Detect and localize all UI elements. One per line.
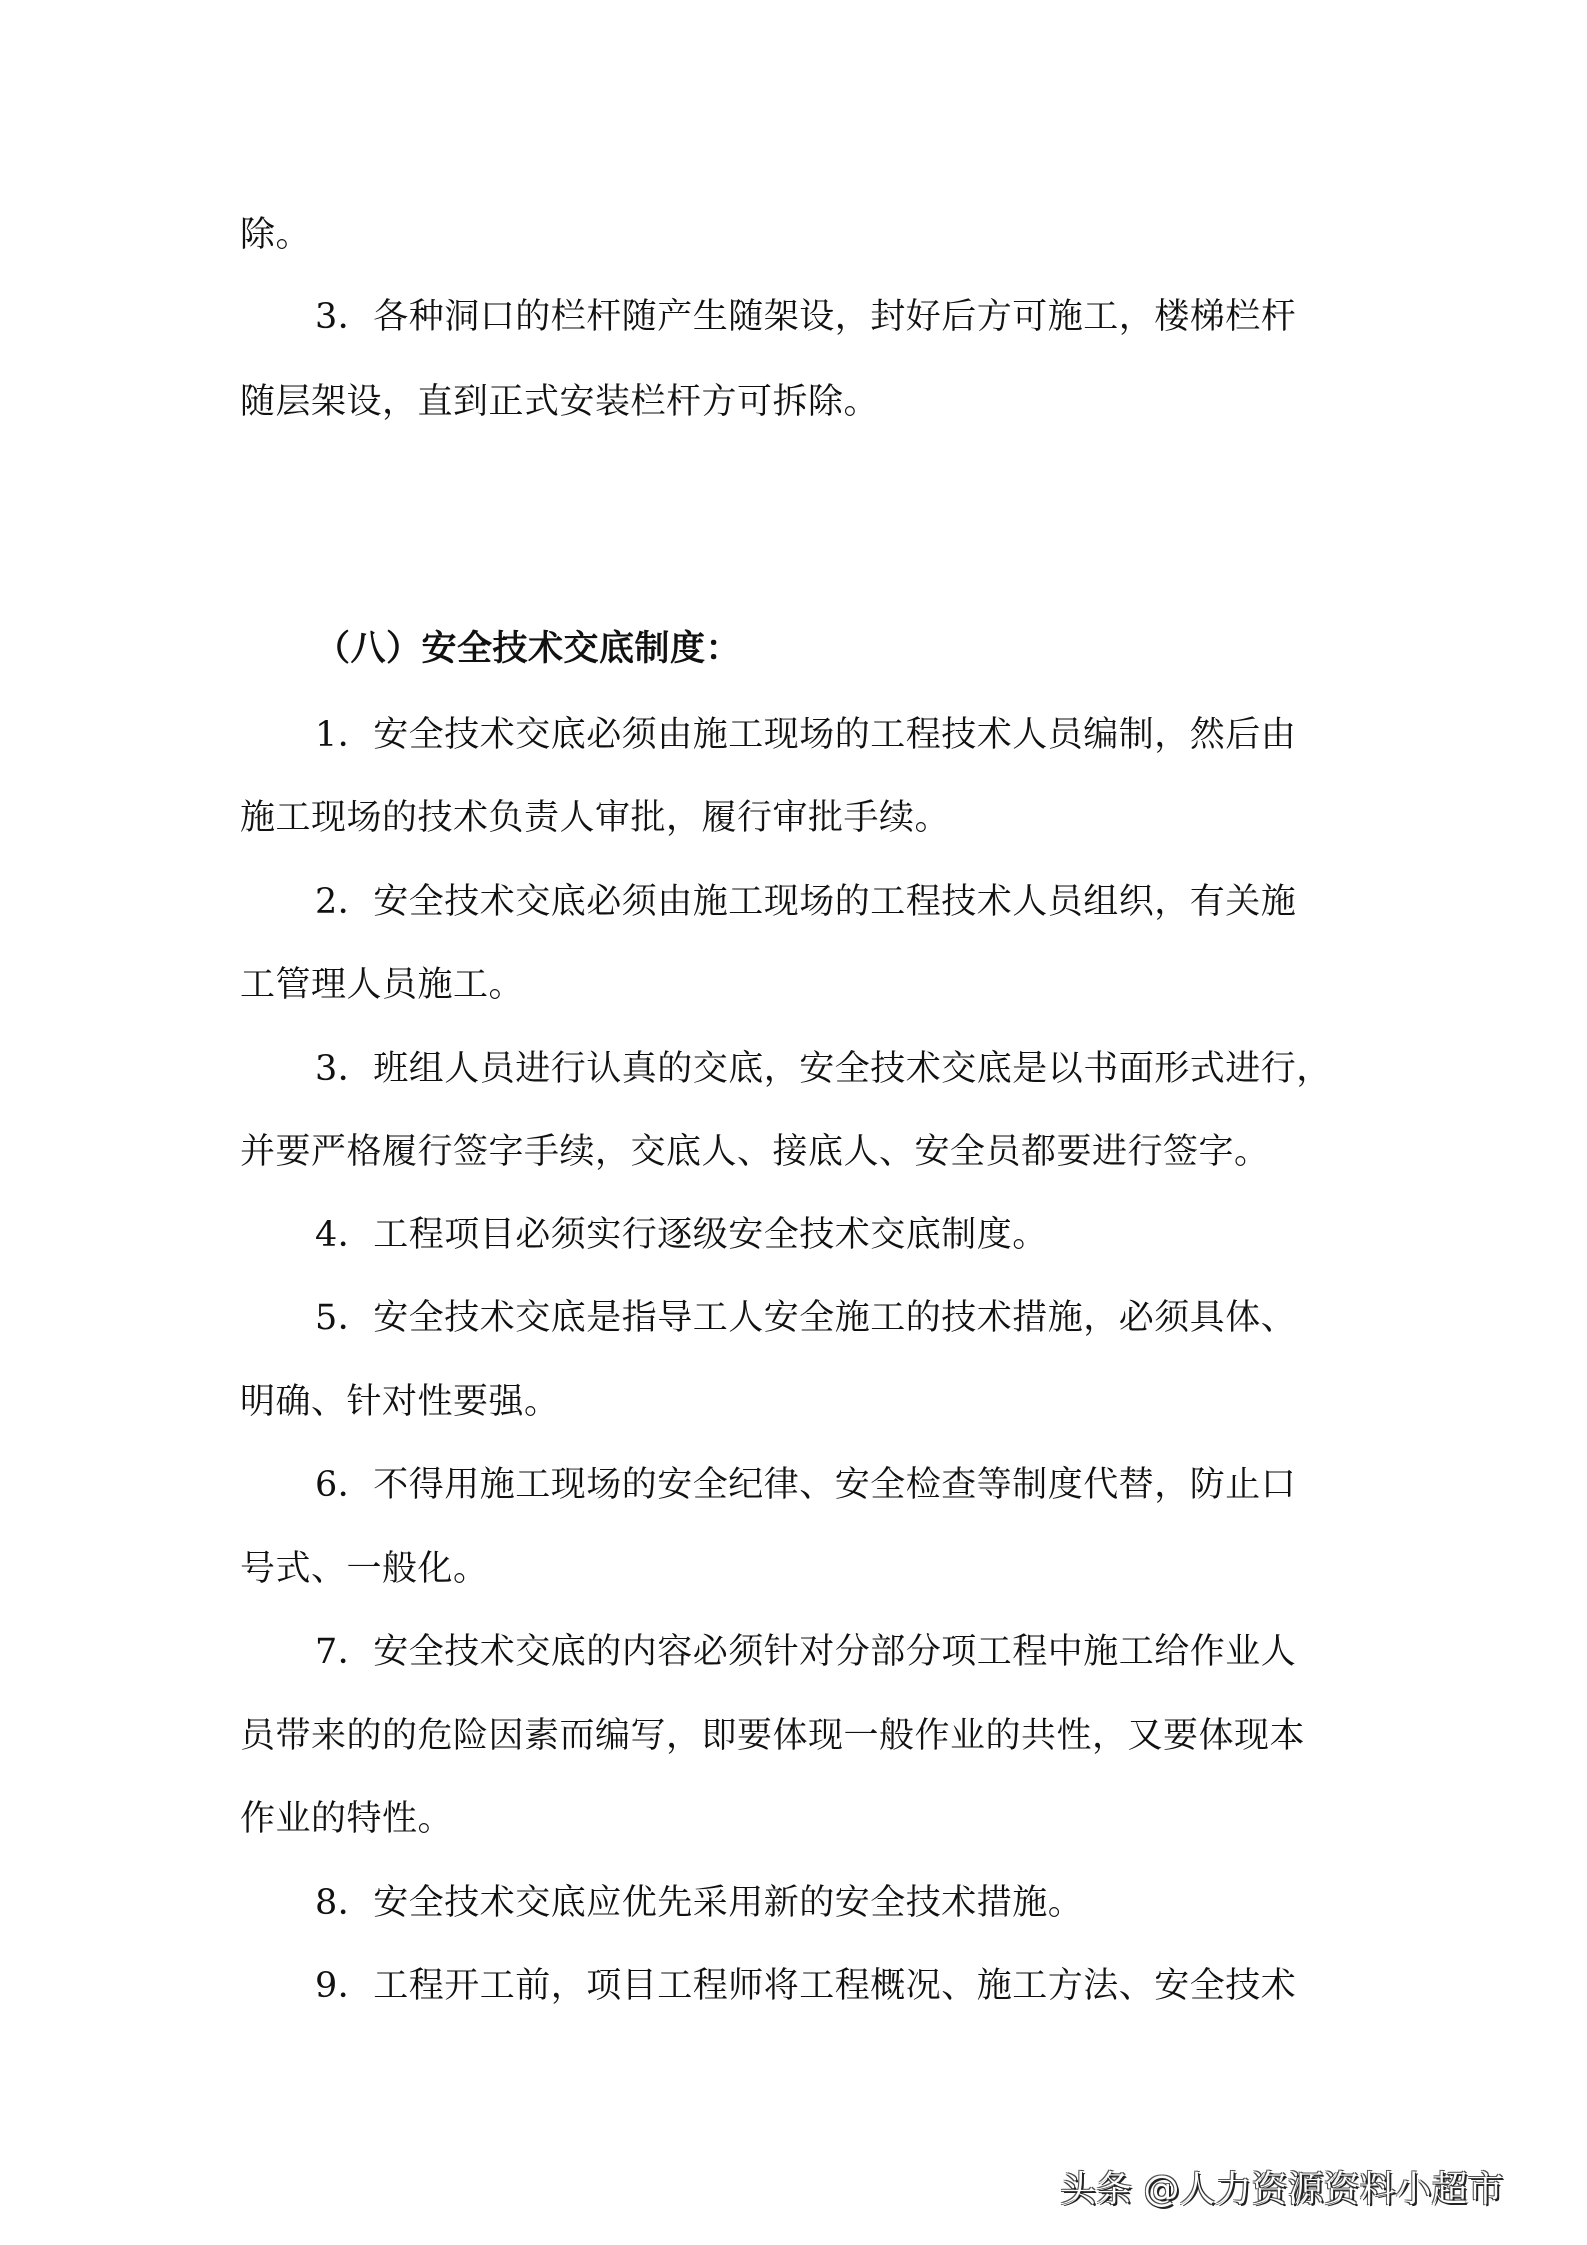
section-item-1-line-1: 1．安全技术交底必须由施工现场的工程技术人员编制，然后由 bbox=[315, 710, 1348, 760]
section-item-7-line-2: 员带来的的危险因素而编写，即要体现一般作业的共性，又要体现本 bbox=[240, 1711, 1348, 1761]
list-item-3-line-2: 随层架设，直到正式安装栏杆方可拆除。 bbox=[240, 377, 1348, 427]
section-item-2-line-2: 工管理人员施工。 bbox=[240, 960, 1348, 1010]
section-item-5-line-2: 明确、针对性要强。 bbox=[240, 1377, 1348, 1427]
watermark: 头条 @人力资源资料小超市 bbox=[1060, 2166, 1503, 2214]
list-item-3-line-1: 3．各种洞口的栏杆随产生随架设，封好后方可施工，楼梯栏杆 bbox=[315, 292, 1348, 342]
document-page: 除。 3．各种洞口的栏杆随产生随架设，封好后方可施工，楼梯栏杆 随层架设，直到正… bbox=[0, 0, 1587, 2245]
section-heading: （八）安全技术交底制度： bbox=[315, 624, 1348, 674]
section-item-7-line-3: 作业的特性。 bbox=[240, 1794, 1348, 1844]
section-item-4-line-1: 4．工程项目必须实行逐级安全技术交底制度。 bbox=[315, 1210, 1348, 1260]
section-item-1-line-2: 施工现场的技术负责人审批，履行审批手续。 bbox=[240, 793, 1348, 843]
section-item-3-line-2: 并要严格履行签字手续，交底人、接底人、安全员都要进行签字。 bbox=[240, 1127, 1348, 1177]
section-item-6-line-1: 6．不得用施工现场的安全纪律、安全检查等制度代替，防止口 bbox=[315, 1460, 1348, 1510]
section-item-2-line-1: 2．安全技术交底必须由施工现场的工程技术人员组织，有关施 bbox=[315, 877, 1348, 927]
section-item-6-line-2: 号式、一般化。 bbox=[240, 1544, 1348, 1594]
text-line-continuation: 除。 bbox=[240, 210, 1348, 260]
section-item-8-line-1: 8．安全技术交底应优先采用新的安全技术措施。 bbox=[315, 1878, 1348, 1928]
section-item-5-line-1: 5．安全技术交底是指导工人安全施工的技术措施，必须具体、 bbox=[315, 1293, 1348, 1343]
section-item-9-line-1: 9．工程开工前，项目工程师将工程概况、施工方法、安全技术 bbox=[315, 1961, 1348, 2011]
section-item-3-line-1: 3．班组人员进行认真的交底，安全技术交底是以书面形式进行， bbox=[315, 1044, 1348, 1094]
section-item-7-line-1: 7．安全技术交底的内容必须针对分部分项工程中施工给作业人 bbox=[315, 1627, 1348, 1677]
